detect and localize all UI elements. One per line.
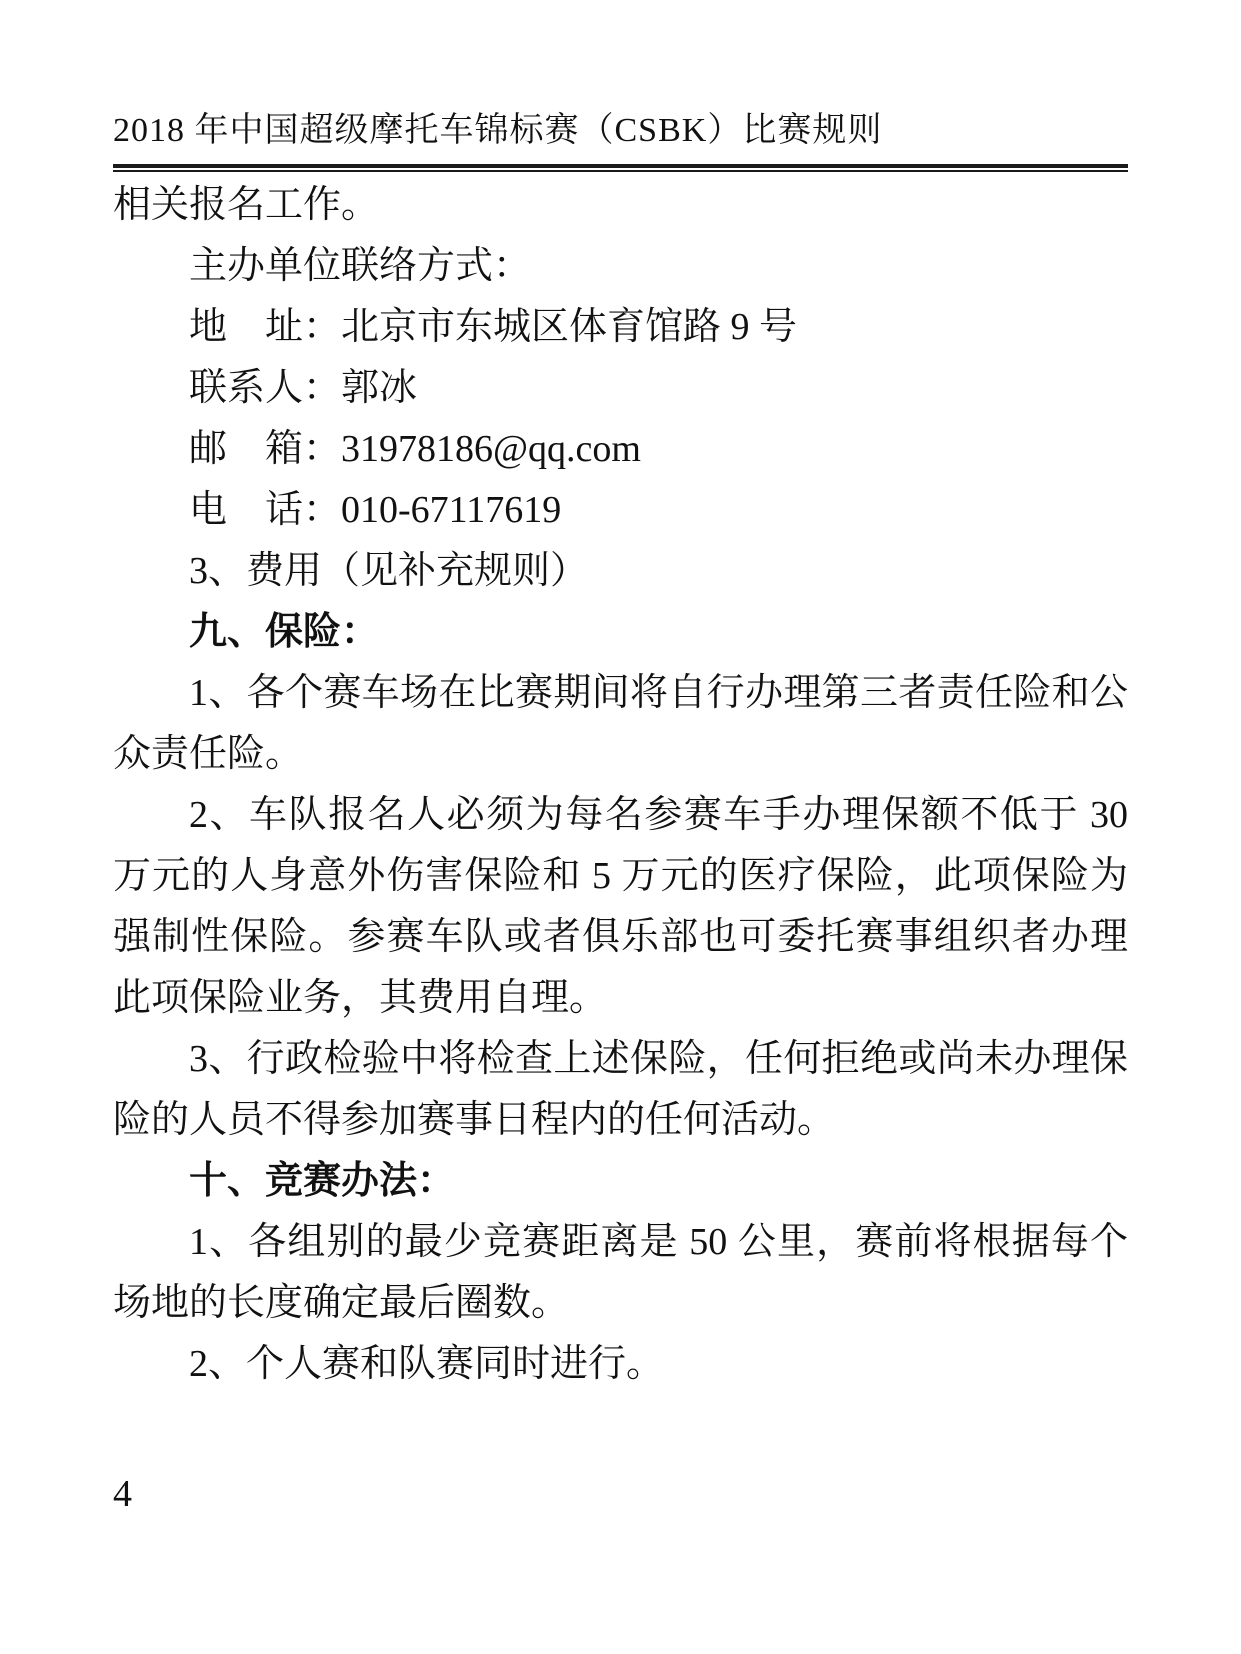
document-header: 2018 年中国超级摩托车锦标赛（CSBK）比赛规则	[113, 108, 1128, 172]
section-heading: 九、保险：	[113, 602, 1128, 663]
page-number: 4	[113, 1472, 132, 1516]
paragraph: 邮 箱：31978186@qq.com	[113, 419, 1128, 480]
paragraph: 1、各组别的最少竞赛距离是 50 公里，赛前将根据每个场地的长度确定最后圈数。	[113, 1212, 1128, 1334]
paragraph: 电 话：010-67117619	[113, 480, 1128, 541]
paragraph: 3、行政检验中将检查上述保险，任何拒绝或尚未办理保险的人员不得参加赛事日程内的任…	[113, 1029, 1128, 1151]
paragraph: 3、费用（见补充规则）	[113, 541, 1128, 602]
paragraph: 2、车队报名人必须为每名参赛车手办理保额不低于 30 万元的人身意外伤害保险和 …	[113, 785, 1128, 1029]
document-body: 相关报名工作。主办单位联络方式：地 址：北京市东城区体育馆路 9 号联系人：郭冰…	[113, 175, 1128, 1395]
section-heading: 十、竞赛办法：	[113, 1151, 1128, 1212]
header-divider	[113, 164, 1128, 172]
paragraph: 1、各个赛车场在比赛期间将自行办理第三者责任险和公众责任险。	[113, 663, 1128, 785]
page-title: 2018 年中国超级摩托车锦标赛（CSBK）比赛规则	[113, 108, 1128, 154]
paragraph: 主办单位联络方式：	[113, 236, 1128, 297]
paragraph: 2、个人赛和队赛同时进行。	[113, 1334, 1128, 1395]
paragraph: 相关报名工作。	[113, 175, 1128, 236]
paragraph: 地 址：北京市东城区体育馆路 9 号	[113, 297, 1128, 358]
document-page: 2018 年中国超级摩托车锦标赛（CSBK）比赛规则 相关报名工作。主办单位联络…	[0, 0, 1241, 1654]
paragraph: 联系人：郭冰	[113, 358, 1128, 419]
